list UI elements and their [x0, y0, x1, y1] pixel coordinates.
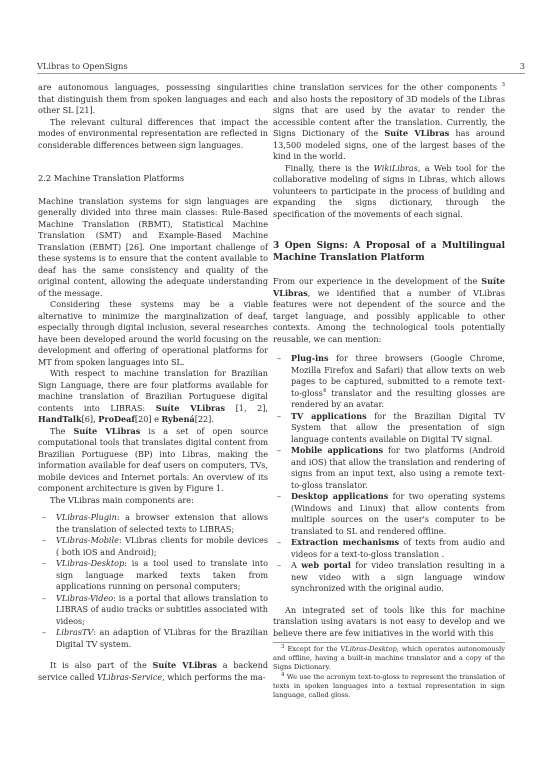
list-item: VLibras-Desktop: is a tool used to trans…	[38, 558, 268, 593]
text: chine translation services for the other…	[273, 82, 502, 92]
list-item: LibrasTV: an adaption of VLibras for the…	[38, 627, 268, 650]
text: From our experience in the development o…	[273, 276, 481, 286]
paragraph: From our experience in the development o…	[273, 276, 505, 345]
component-name: VLibras-Mobile	[56, 535, 119, 545]
component-name: VLibras-Plugin	[56, 512, 117, 522]
paragraph: The VLibras main components are:	[38, 495, 268, 507]
bold-term: Suíte VLibras	[74, 426, 141, 436]
list-item: VLibras-Plugin: a browser extension that…	[38, 512, 268, 535]
component-name: VLibras-Video	[56, 593, 113, 603]
list-item: VLibras-Video: is a portal that allows t…	[38, 593, 268, 628]
footnote-4: 4 We use the acronym text-to-gloss to re…	[273, 673, 505, 701]
list-item: VLibras-Mobile: VLibras clients for mobi…	[38, 535, 268, 558]
section-heading-3: 3 Open Signs: A Proposal of a Multilingu…	[273, 240, 505, 264]
text: A	[291, 560, 301, 570]
footnotes: 3 Except for the VLibras-Desktop, which …	[273, 645, 505, 700]
footnote-3: 3 Except for the VLibras-Desktop, which …	[273, 645, 505, 673]
list-item: Extraction mechanisms of texts from audi…	[273, 537, 505, 560]
section-heading-2-2: 2.2 Machine Translation Platforms	[38, 173, 268, 185]
text: , we identified that a number of VLibras…	[273, 288, 505, 344]
text: [20] e	[135, 414, 162, 424]
footnote-mark: 4	[281, 672, 285, 678]
running-header: VLibras to OpenSigns 3	[37, 59, 525, 73]
list-item: Desktop applications for two operating s…	[273, 491, 505, 537]
tools-list: Plug-ins for three browsers (Google Chro…	[273, 353, 505, 595]
text: Finally, there is the	[285, 163, 374, 173]
tool-name: web portal	[301, 560, 351, 570]
tool-name: Extraction mechanisms	[291, 537, 399, 547]
text: [1, 2],	[225, 403, 268, 413]
text: We use the acronym text-to-gloss to repr…	[273, 673, 505, 699]
text: [22].	[195, 414, 214, 424]
right-column: chine translation services for the other…	[273, 82, 505, 700]
component-name: LibrasTV	[56, 627, 93, 637]
components-list: VLibras-Plugin: a browser extension that…	[38, 512, 268, 650]
list-item: TV applications for the Brazilian Digita…	[273, 411, 505, 446]
paragraph: chine translation services for the other…	[273, 82, 505, 163]
tool-name: Mobile applications	[291, 445, 383, 455]
running-title: VLibras to OpenSigns	[37, 61, 128, 71]
footnote-mark: 3	[281, 644, 285, 650]
paragraph: It is also part of the Suíte VLibras a b…	[38, 660, 268, 683]
bold-term: Suíte VLibras	[384, 128, 449, 138]
paragraph: Finally, there is the WikiLibras, a Web …	[273, 163, 505, 221]
text: , which performs the ma-	[162, 672, 265, 682]
text: It is also part of the	[50, 660, 153, 670]
bold-term: Rybená	[161, 414, 194, 424]
bold-term: Suíte VLibras	[153, 660, 217, 670]
footnote-rule	[273, 642, 505, 643]
tool-name: Plug-ins	[291, 353, 329, 363]
text: The	[50, 426, 74, 436]
italic-term: VLibras-Desktop	[340, 645, 396, 653]
paragraph: Considering these systems may be a viabl…	[38, 299, 268, 368]
paper-page: VLibras to OpenSigns 3 are autonomous la…	[0, 0, 550, 777]
left-column: are autonomous languages, possessing sin…	[38, 82, 268, 683]
paragraph: The relevant cultural differences that i…	[38, 117, 268, 152]
italic-term: VLibras-Service	[97, 672, 162, 682]
list-item: A web portal for video translation resul…	[273, 560, 505, 595]
bold-term: ProDeaf	[98, 414, 135, 424]
list-item: Plug-ins for three browsers (Google Chro…	[273, 353, 505, 411]
paragraph: An integrated set of tools like this for…	[273, 605, 505, 640]
italic-term: WikiLibras	[374, 163, 418, 173]
page-number: 3	[520, 61, 525, 71]
component-name: VLibras-Desktop	[56, 558, 124, 568]
paragraph: Machine translation systems for sign lan…	[38, 196, 268, 300]
bold-term: HandTalk	[38, 414, 82, 424]
list-item: Mobile applications for two platforms (A…	[273, 445, 505, 491]
paragraph: are autonomous languages, possessing sin…	[38, 82, 268, 117]
header-rule	[37, 73, 525, 74]
text: Except for the	[285, 645, 341, 653]
footnote-ref[interactable]: 4	[323, 388, 327, 394]
bold-term: Suíte VLibras	[156, 403, 225, 413]
tool-name: TV applications	[291, 411, 367, 421]
paragraph-platforms: With respect to machine translation for …	[38, 368, 268, 426]
footnote-ref[interactable]: 3	[502, 82, 506, 88]
tool-name: Desktop applications	[291, 491, 388, 501]
text: [6],	[82, 414, 99, 424]
paragraph: The Suíte VLibras is a set of open sourc…	[38, 426, 268, 495]
